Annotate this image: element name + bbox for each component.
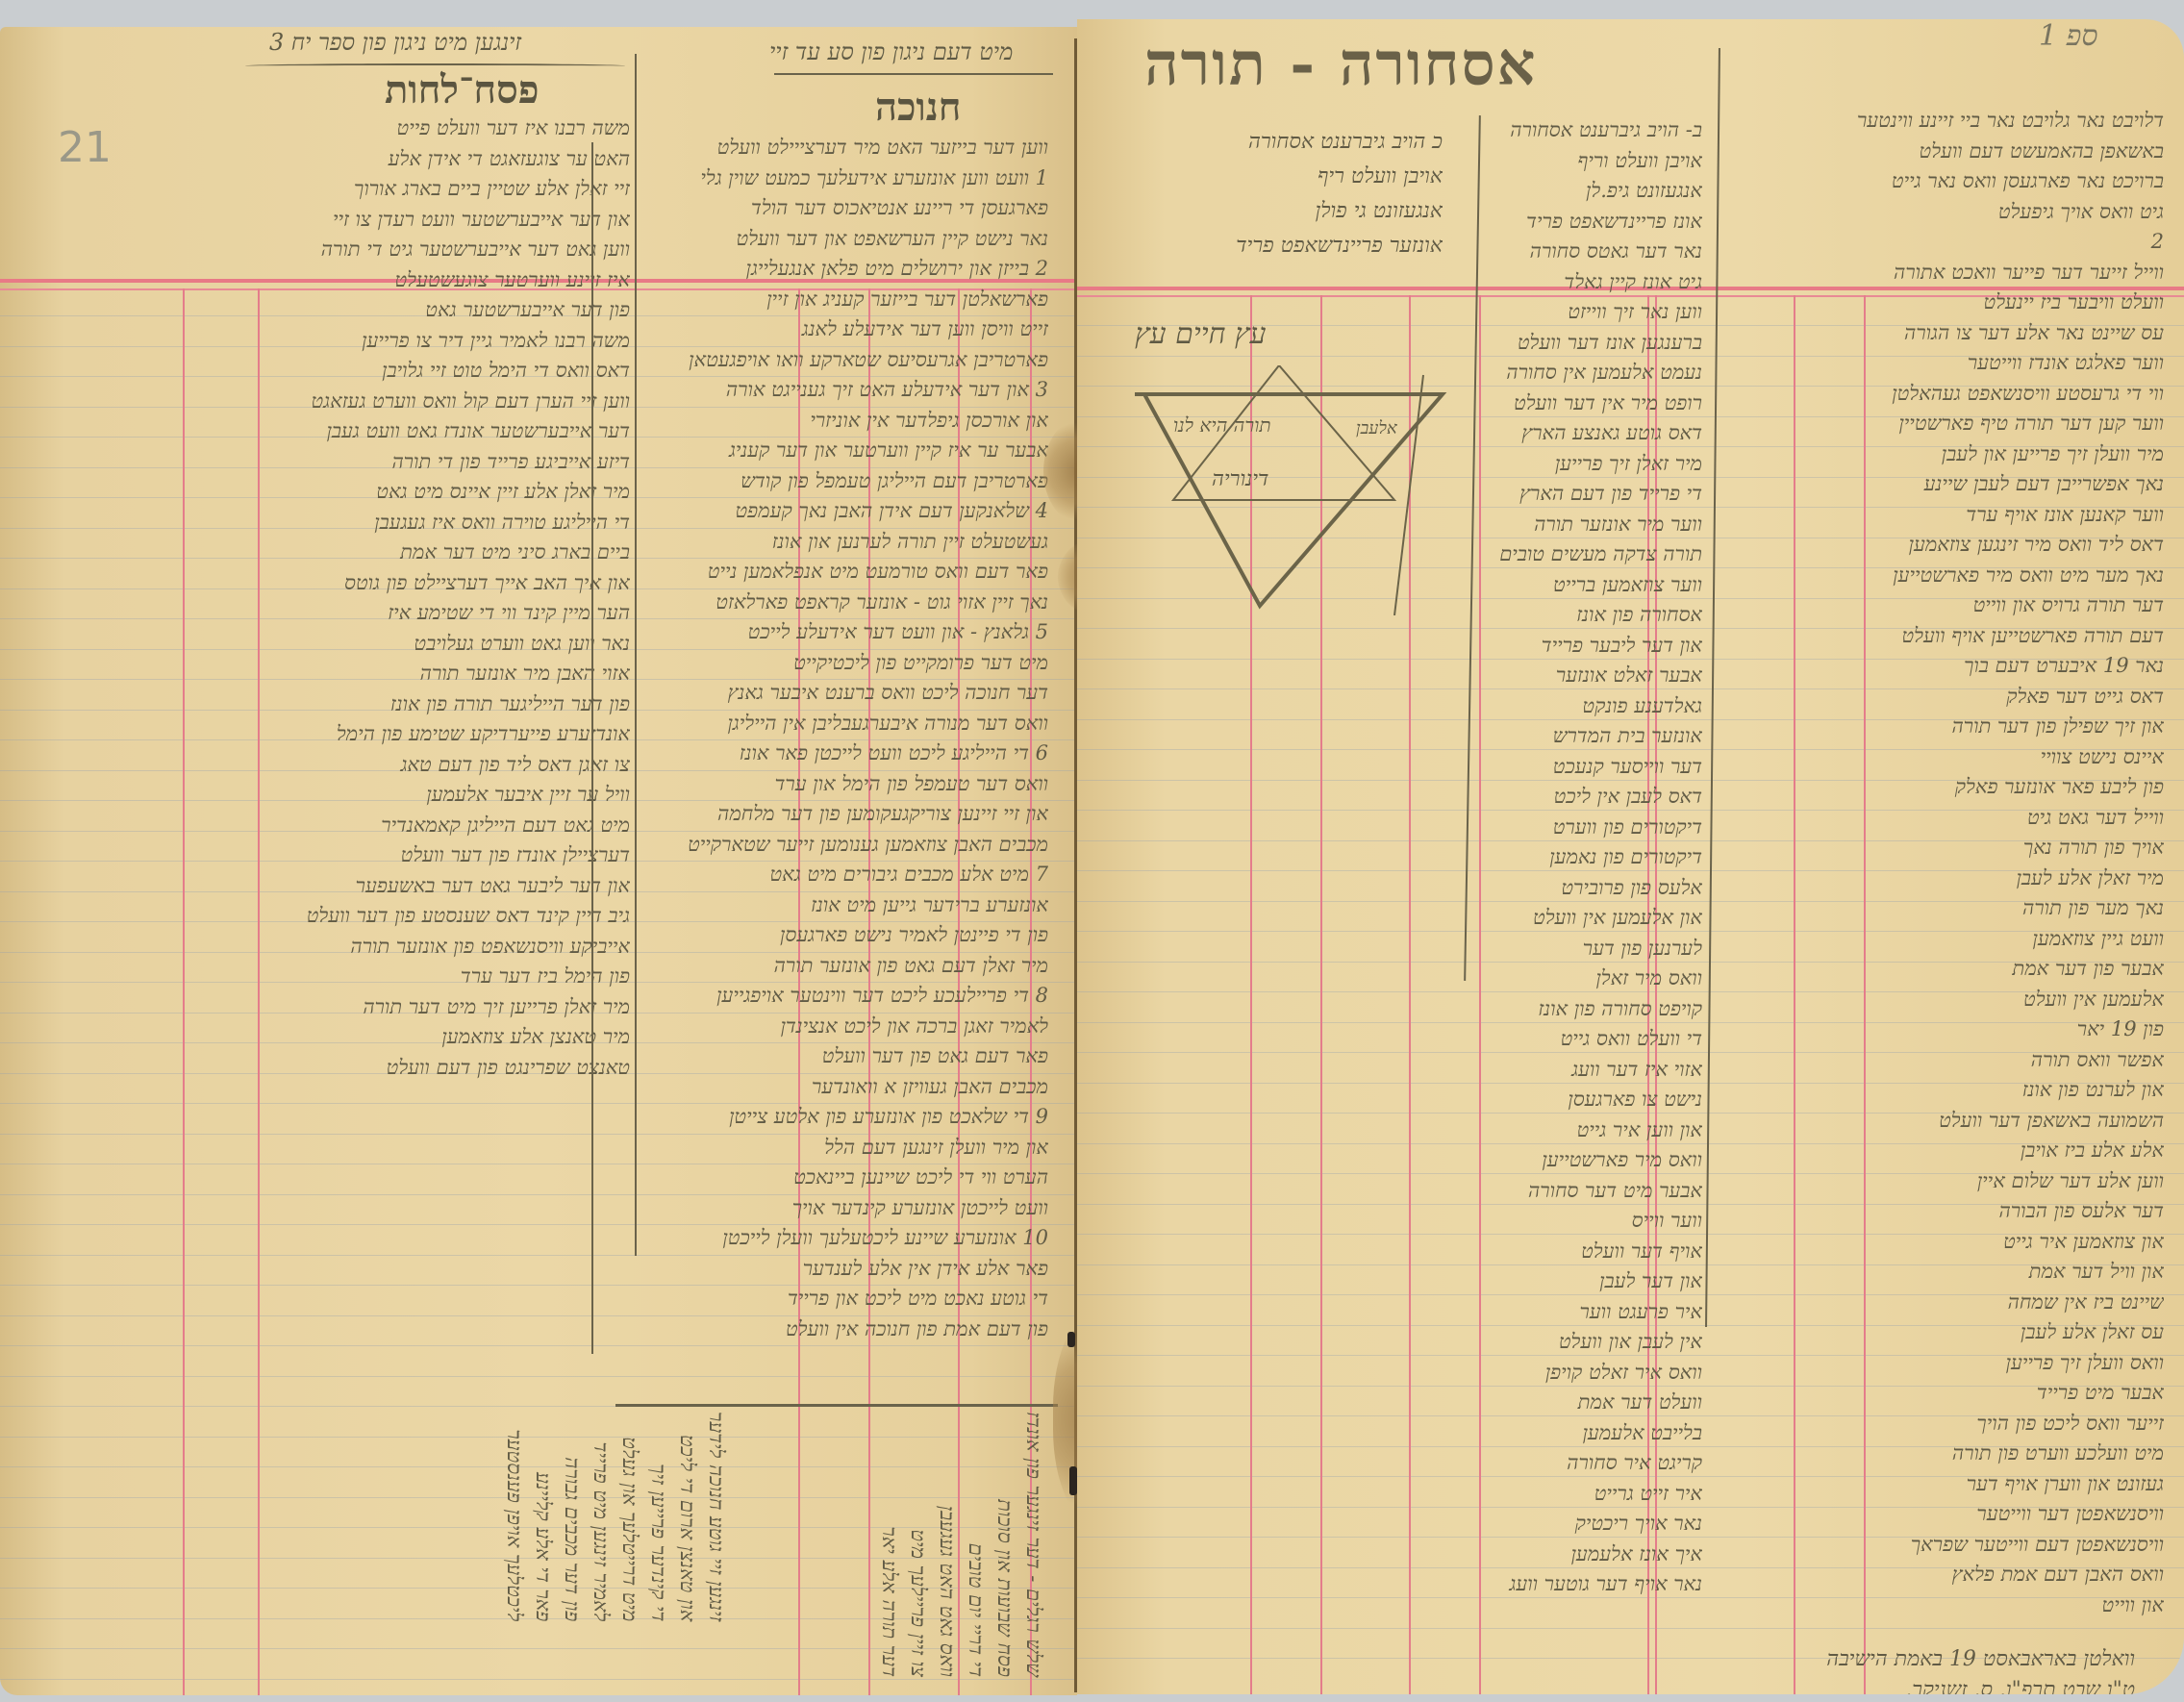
handwritten-line: משה רבנו איז דער וועלט פייט xyxy=(72,113,630,144)
handwritten-line: אבער פון דער אמת xyxy=(1693,954,2164,985)
rotated-line: צו זיין פריילעך מיט xyxy=(904,1412,933,1677)
handwritten-line: השמועה באשאפן דער וועלט xyxy=(1693,1106,2164,1137)
rotated-line: שלש רגלים - דער זינגער פון אונדז xyxy=(1019,1412,1048,1677)
handwritten-line: ווען זיי הערן דעם קול וואס ווערט געזאגט xyxy=(72,387,630,417)
handwritten-line: אנגעזונט גיפ.לן xyxy=(1366,176,1702,207)
handwritten-line: און ווייט xyxy=(1693,1590,2164,1621)
handwritten-line: און וויל דער אמת xyxy=(1693,1257,2164,1288)
handwritten-line: נעמט אלעמען אין סחורה xyxy=(1366,358,1702,388)
handwritten-line: נאר 19 איבערט דעם בוך xyxy=(1693,651,2164,682)
handwritten-line: אין לעבן און וועלט xyxy=(1366,1327,1702,1358)
handwritten-line: ווער מיר אונזער תורה xyxy=(1366,510,1702,540)
handwritten-line: מיר זאלן דעם גאט פון אונזער תורה xyxy=(615,951,1048,982)
handwritten-line: רופט מיר אין דער וועלט xyxy=(1366,388,1702,419)
handwritten-line: בלייבט אלעמען xyxy=(1366,1418,1702,1449)
handwritten-line: און מיר וועלן זינגען דעם הלל xyxy=(615,1133,1048,1164)
handwritten-line: אונזער בית המדרש xyxy=(1366,721,1702,752)
handwritten-line: 2 xyxy=(1693,227,2164,258)
signature-line: וואלטן באראבאסט 19 באמת הישיבה xyxy=(1712,1644,2135,1675)
handwritten-line: און דער ליבער גאט דער באשעפער xyxy=(72,871,630,902)
handwritten-line: מיט דער פרומקייט פון ליכטיקייט xyxy=(615,648,1048,679)
handwritten-line: וויסנשאפטן דעם ווייטער שפראך xyxy=(1693,1530,2164,1561)
handwritten-line: עס שיינט נאר אלע דער צו הגורה xyxy=(1693,318,2164,349)
handwritten-line: איז זיינע ווערטער צוגעשטעלט xyxy=(72,265,630,296)
section-top-note: מיט דעם ניגון פון סע עד זיי xyxy=(769,38,1013,66)
handwritten-line: קריגט איר סחורה xyxy=(1366,1448,1702,1479)
handwritten-line: וואס מיר פארשטייען xyxy=(1366,1145,1702,1176)
handwritten-line: 7 מיט אלע מכבים גיבורים מיט גאט xyxy=(615,860,1048,890)
handwritten-line: דאס ליד וואס מיר זינגען צוזאמען xyxy=(1693,530,2164,561)
handwritten-line: אבער ער איז קיין ווערטער און דער קעניג xyxy=(615,436,1048,466)
handwritten-line: זייט וויסן ווען דער אידעלע לאנג xyxy=(615,314,1048,345)
handwritten-line: באשאפן בהאמעשט דעם וועלט xyxy=(1693,137,2164,167)
handwritten-line: נאר ווען גאט ווערט געלויבט xyxy=(72,629,630,660)
handwritten-line: פארגעסן די ריינע אנטיאכוס דער הולד xyxy=(615,193,1048,224)
handwritten-line: עס זאלן אלע לעבן xyxy=(1693,1317,2164,1348)
handwritten-line: דערציילן אונדז פון דער וועלט xyxy=(72,840,630,871)
closing-signature: וואלטן באראבאסט 19 באמת הישיבהט"ו שבט תר… xyxy=(1712,1644,2135,1694)
rotated-line: מיט דרייטלעך און געלט xyxy=(615,1412,644,1621)
bottom-divider xyxy=(615,1404,1058,1407)
handwritten-line: און זיך שפילן פון דער תורה xyxy=(1693,712,2164,742)
handwritten-line: ב- הויב גיברענט אסחורה xyxy=(1366,115,1702,146)
handwritten-line: און זיי זיינען צוריקגעקומען פון דער מלחמ… xyxy=(615,799,1048,830)
rotated-line: דער תורה אלע יאר xyxy=(875,1412,904,1677)
handwritten-line: נאך מער פון תורה xyxy=(1693,893,2164,924)
right-page: ספ 1 אסחורה - תורה כ הויב גיברענט אסחורה… xyxy=(1077,19,2184,1694)
handwritten-line: דאס גוטע גאנצע הארץ xyxy=(1366,418,1702,449)
staple xyxy=(1069,1466,1077,1495)
handwritten-line: און אלעמען אין וועלט xyxy=(1366,903,1702,934)
handwritten-line: פאר דעם גאט פון דער וועלט xyxy=(615,1041,1048,1072)
handwritten-line: זייער וואס ליכט פון הויך xyxy=(1693,1409,2164,1439)
rotated-line: ליכטלעך אויפן פענסטער xyxy=(500,1412,529,1621)
handwritten-line: 8 די פריילעכע ליכט דער ווינטער אויפגייען xyxy=(615,981,1048,1012)
handwritten-line: אבער מיט פרייד xyxy=(1693,1378,2164,1409)
handwritten-line: תורה צדקה מעשים טובים xyxy=(1366,539,1702,570)
handwritten-line: מיר זאלן אלע לעבן xyxy=(1693,864,2164,894)
handwritten-line: 4 שלאנקען דעם אידן האבן נאך קעמפט xyxy=(615,496,1048,527)
handwritten-line: און איך האב אייך דערציילט פון גוטס xyxy=(72,568,630,599)
handwritten-line: 2 בייזן און ירושלים מיט פלאן אנגעלייגן xyxy=(615,254,1048,285)
handwritten-line: 10 אונזערע שיינע ליכטעלעך וועלן לייכטן xyxy=(615,1223,1048,1254)
top-note-underline xyxy=(774,73,1053,75)
handwritten-line: דיזע אייביגע פרייד פון די תורה xyxy=(72,447,630,478)
star-label-above: עץ חיים עץ xyxy=(1135,317,1267,351)
handwritten-line: ווייל זייער דער פייער וואכט אתורה xyxy=(1693,258,2164,288)
handwritten-line: נאר נישט קיין הערשאפט און דער וועלט xyxy=(615,224,1048,255)
middle-column-text: ב- הויב גיברענט אסחורהאויבן וועלט וריףאנ… xyxy=(1366,115,1702,1600)
handwritten-line: פון דעם אמת פון חנוכה אין וועלט xyxy=(615,1314,1048,1345)
handwritten-line: 1 וועט ווען אונזערע אידעלעך כמעט שוין גל… xyxy=(615,163,1048,194)
handwritten-line: מיר זאלן אלע זיין איינס מיט גאט xyxy=(72,477,630,508)
handwritten-line: דער חנוכה ליכט וואס ברענט איבער גאנץ xyxy=(615,678,1048,709)
rotated-line: וואס גאט האט געגעבן xyxy=(933,1412,962,1677)
handwritten-line: נאך זיין אזוי גוט - אונזער קראפט פארלאזט xyxy=(615,588,1048,618)
rotated-line: און טאנצן ארום די ליכט xyxy=(673,1412,702,1621)
handwritten-line: פון דער הייליגער תורה פון אונז xyxy=(72,689,630,720)
handwritten-line: ווייל דער גאט גיט xyxy=(1693,803,2164,834)
handwritten-line: דער ווייסער קנעכט xyxy=(1366,752,1702,783)
rotated-line: פאר די אלע קליינע xyxy=(529,1412,558,1621)
handwritten-line: 9 די שלאכט פון אונזערע פון אלטע צייטן xyxy=(615,1102,1048,1133)
handwritten-line: נאר אויף דער גוטער וועג xyxy=(1366,1569,1702,1600)
rotated-line: פסח שבועות און סוכות xyxy=(991,1412,1019,1677)
handwritten-line: אלעס פון פרובירט xyxy=(1366,873,1702,904)
handwritten-line: ווער צוזאמען ברייט xyxy=(1366,570,1702,601)
handwritten-line: פארטריבן דעם הייליגן טעמפל פון קודש xyxy=(615,466,1048,497)
ruled-line xyxy=(0,1679,1077,1680)
handwritten-line: אונז פריינדשאפט פריד xyxy=(1366,207,1702,238)
handwritten-line: וואס איר זאלט קויפן xyxy=(1366,1358,1702,1389)
rotated-line: די דריי יום טובים xyxy=(962,1412,991,1677)
handwritten-line: ווער ווייס xyxy=(1366,1206,1702,1237)
handwritten-line: אונדזערע פייערדיקע שטימע פון הימל xyxy=(72,719,630,750)
handwritten-line: וועט גיין צוזאמען xyxy=(1693,924,2164,955)
handwritten-line: וואס וועלן זיך פרייען xyxy=(1693,1348,2164,1379)
right-column-text: דלויבט נאר גלויבט נאר ביי זיינע ווינטערב… xyxy=(1693,106,2164,1620)
handwritten-line: ווי די גרעסטע וויסנשאפט געהאלטן xyxy=(1693,379,2164,410)
handwritten-line: מיר זאלן פרייען זיך מיט דער תורה xyxy=(72,992,630,1023)
handwritten-line: פארטריבן אגרעסיעס שטארקע וואו אויפגעטאן xyxy=(615,345,1048,376)
handwritten-line: איינס נישט צוויי xyxy=(1693,742,2164,773)
handwritten-line: און אורכסן גיפלדער אין אוניזרי xyxy=(615,406,1048,437)
handwritten-line: אלע אלע ביז אויבן xyxy=(1693,1136,2164,1166)
handwritten-line: און צוזאמען איר גייט xyxy=(1693,1227,2164,1258)
page-number: ספ 1 xyxy=(2039,19,2097,53)
handwritten-line: לערנען פון דער xyxy=(1366,934,1702,964)
handwritten-line: ווען דער בייזער האט מיר דערצייילט וועלט xyxy=(615,133,1048,163)
rotated-line: זינגען זיי גוטע חנוכה לידער xyxy=(702,1412,731,1621)
handwritten-line: און ווען איר גייט xyxy=(1366,1115,1702,1146)
handwritten-line: אייביקע וויסנשאפט פון אונזער תורה xyxy=(72,932,630,963)
signature-line: ט"ו שבט תרפ"ו. ס. זשניקר. xyxy=(1712,1675,2135,1695)
handwritten-line: מיר טאנצן אלע צוזאמען xyxy=(72,1022,630,1053)
rotated-line: לאמיר זינגען מיט פרייד xyxy=(587,1412,615,1621)
rotated-line: פון דער מכבים גבורה xyxy=(558,1412,587,1621)
handwritten-line: לאמיר זאגן ברכה און ליכט אנצינדן xyxy=(615,1012,1048,1042)
handwritten-line: וועט לייכטן אונזערע קינדער אויך xyxy=(615,1193,1048,1224)
handwritten-line: ווען גאט דער אייבערשטער גיט די תורה xyxy=(72,235,630,265)
handwritten-line: פאר אלע אידן אין אלע לענדער xyxy=(615,1254,1048,1285)
ruled-line xyxy=(0,1376,1077,1377)
handwritten-line: קויפט סחורה פון אונז xyxy=(1366,994,1702,1025)
handwritten-line: אבער מיט דער סחורה xyxy=(1366,1176,1702,1207)
handwritten-line: געשטעלט זיין תורה לערנען און אונז xyxy=(615,527,1048,558)
handwritten-line: הערט ווי די ליכט שיינען ביינאכט xyxy=(615,1163,1048,1193)
handwritten-line: וויל ער זיין איבער אלעמען xyxy=(72,780,630,811)
handwritten-line: מכבים האבן צוזאמען גענומען זייער שטארקיי… xyxy=(615,830,1048,861)
page-title: אסחורה - תורה xyxy=(1144,29,1537,100)
section-heading-chanukah: חנוכה xyxy=(875,85,961,130)
handwritten-line: האט ער צוגעזאגט די אידן אלע xyxy=(72,144,630,175)
pesach-text-block: משה רבנו איז דער וועלט פייטהאט ער צוגעזא… xyxy=(72,113,630,1083)
handwritten-line: טאנצט שפרינגט פון דעם וועלט xyxy=(72,1053,630,1084)
handwritten-line: דיקטורים פון נאמען xyxy=(1366,842,1702,873)
handwritten-line: פון הימל ביז דער ערד xyxy=(72,962,630,992)
handwritten-line: ווען נאר זיך ווייזט xyxy=(1366,297,1702,328)
handwritten-line: משה רבנו לאמיר גיין דיר צו פרייען xyxy=(72,326,630,357)
handwritten-line: די גוטע נאכט מיט ליכט און פרייד xyxy=(615,1284,1048,1314)
handwritten-line: דער אלעס פון הבורה xyxy=(1693,1196,2164,1227)
handwritten-line: שיינט ביז אין שמחה xyxy=(1693,1288,2164,1318)
handwritten-line: און לערנט פון אונז xyxy=(1693,1075,2164,1106)
handwritten-line: זיי זאלן אלע שטיין ביים בארג אורוך xyxy=(72,174,630,205)
handwritten-line: מיט גאט דעם הייליגן קאמאנדיר xyxy=(72,811,630,841)
handwritten-line: גיט אונז קיין גאלד xyxy=(1366,267,1702,298)
chanukah-text-block: ווען דער בייזער האט מיר דערצייילט וועלט1… xyxy=(615,133,1048,1344)
handwritten-line: נאך אפשרייבן דעם לעבן שיינע xyxy=(1693,469,2164,500)
handwritten-line: נאר דער גאטס סחורה xyxy=(1366,237,1702,267)
handwritten-line: וועלט דער אמת xyxy=(1366,1388,1702,1418)
handwritten-line: ווער קאנען אונז אויף ערד xyxy=(1693,500,2164,531)
handwritten-line: אלעמען אין וועלט xyxy=(1693,985,2164,1015)
handwritten-line: גיט וואס אויך גיפעלט xyxy=(1693,197,2164,228)
handwritten-line: דיקטורים פון ווערט xyxy=(1366,813,1702,843)
handwritten-line: דער תורה גרויס און ווייט xyxy=(1693,590,2164,621)
section-top-note: זינגען מיט ניגון פון ספר יח 3 xyxy=(269,29,521,57)
handwritten-line: פון 19 יאר xyxy=(1693,1014,2164,1045)
handwritten-line: ביים בארג סיני מיט דער אמת xyxy=(72,538,630,568)
handwritten-line: 3 און דער אידעלע האט זיך גענייגט אורה xyxy=(615,375,1048,406)
handwritten-line: 6 די הייליגע ליכט וועט לייכטן פאר אונז xyxy=(615,738,1048,769)
handwritten-line: אפשר וואס תורה xyxy=(1693,1045,2164,1076)
star-label-top: תורה היא לנו xyxy=(1173,413,1271,438)
handwritten-line: פון די פיינטן לאמיר נישט פארגעסן xyxy=(615,920,1048,951)
handwritten-line: דלויבט נאר גלויבט נאר ביי זיינע ווינטער xyxy=(1693,106,2164,137)
handwritten-line: אויך פון תורה נאך xyxy=(1693,833,2164,864)
handwritten-line: דאס גייט דער פאלק xyxy=(1693,682,2164,713)
handwritten-line: וויסנשאפטן דער ווייטער xyxy=(1693,1499,2164,1530)
rotated-notes-right: שלש רגלים - דער זינגער פון אונדזפסח שבוע… xyxy=(875,1412,1048,1677)
handwritten-line: דאס לעבן אין ליכט xyxy=(1366,782,1702,813)
ruled-line xyxy=(1077,1628,2184,1629)
handwritten-line: אסחורה פון אונז xyxy=(1366,600,1702,631)
handwritten-line: נאר אויך ריכטיק xyxy=(1366,1509,1702,1539)
handwritten-line: וואס האבן דעם אמת פלאץ xyxy=(1693,1560,2164,1590)
handwritten-line: אונזערע ברידער גייען מיט אונז xyxy=(615,890,1048,921)
left-page: 21 זינגען מיט ניגון פון ספר יח 3 פסח־לחו… xyxy=(0,27,1077,1695)
handwritten-line: גיב דיין קינד דאס שענסטע פון דער וועלט xyxy=(72,901,630,932)
handwritten-line: הער מיין קינד ווי די שטימע איז xyxy=(72,598,630,629)
staple xyxy=(1067,1332,1075,1347)
handwritten-line: מיר זאלן זיך פרייען xyxy=(1366,449,1702,480)
handwritten-line: וואס מיר זאלן xyxy=(1366,964,1702,994)
handwritten-line: דעם תורה פארשטייען אויף וועלט xyxy=(1693,621,2164,652)
handwritten-line: געזונט און ווערן אויף דער xyxy=(1693,1469,2164,1500)
handwritten-line: ברויכט נאר פארגעסן וואס נאר גייט xyxy=(1693,166,2164,197)
handwritten-line: אויבן וועלט וריף xyxy=(1366,146,1702,177)
star-label-middle: דינוריה xyxy=(1212,466,1268,491)
handwritten-line: און דער לעבן xyxy=(1366,1266,1702,1297)
handwritten-line: וועלט וויבער ביז יינעלט xyxy=(1693,288,2164,318)
handwritten-line: פון דער אייבערשטער גאט xyxy=(72,295,630,326)
handwritten-line: איך אונז אלעמען xyxy=(1366,1539,1702,1570)
handwritten-line: און דער ליבער פרייד xyxy=(1366,631,1702,662)
handwritten-line: איר זייט גרייט xyxy=(1366,1479,1702,1510)
handwritten-line: אויף דער וועלט xyxy=(1366,1237,1702,1267)
handwritten-line: דאס וואס די הימל טוט זיי גלויבן xyxy=(72,356,630,387)
handwritten-line: די הייליגע טוירה וואס איז געגעבן xyxy=(72,508,630,538)
notebook-spread: 21 זינגען מיט ניגון פון ספר יח 3 פסח־לחו… xyxy=(0,0,2184,1702)
handwritten-line: איר פרעגט ווער xyxy=(1366,1297,1702,1328)
handwritten-line: די וועלט וואס גייט xyxy=(1366,1024,1702,1055)
handwritten-line: ווען אלע דער שלום איין xyxy=(1693,1166,2164,1197)
rotated-notes-left: זינגען זיי גוטע חנוכה לידעראון טאנצן ארו… xyxy=(500,1412,731,1621)
handwritten-line: דער אייבערשטער אונדז גאט וועט געבן xyxy=(72,416,630,447)
handwritten-line: מיט וועלכע ווערט פון תורה xyxy=(1693,1439,2164,1469)
handwritten-line: מכבים האבן געוויזן א וואונדער xyxy=(615,1072,1048,1103)
handwritten-line: פון ליבע פאר אונזער פאלק xyxy=(1693,772,2164,803)
handwritten-line: נאך מער מיט וואס מיר פארשטייען xyxy=(1693,561,2164,591)
handwritten-line: און דער אייבערשטער וועט רעדן צו זיי xyxy=(72,205,630,236)
handwritten-line: נישט צו פארגעסן xyxy=(1366,1085,1702,1115)
handwritten-line: פארשאלטן דער בייזער קעניג און זיין xyxy=(615,285,1048,315)
section-heading-pesach: פסח־לחות xyxy=(385,67,540,113)
handwritten-line: די פרייד פון דעם הארץ xyxy=(1366,479,1702,510)
handwritten-line: ברענגען אונז דער וועלט xyxy=(1366,328,1702,359)
handwritten-line: אזוי איז דער וועג xyxy=(1366,1055,1702,1086)
handwritten-line: מיר וועלן זיך פרייען און לעבן xyxy=(1693,439,2164,470)
handwritten-line: גאלדענע פונקט xyxy=(1366,691,1702,722)
handwritten-line: אזוי האבן מיר אונזער תורה xyxy=(72,659,630,689)
handwritten-line: 5 גלאנץ - און וועט דער אידעלע לייכט xyxy=(615,617,1048,648)
handwritten-line: וואס דער טעמפל פון הימל און ערד xyxy=(615,769,1048,800)
handwritten-line: אבער זאלט אונזער xyxy=(1366,661,1702,691)
handwritten-line: פאר דעם וואס טורמעט מיט אנפלאמען נייט xyxy=(615,557,1048,588)
handwritten-line: ווער פאלגט אונדז ווייטער xyxy=(1693,348,2164,379)
handwritten-line: צו זאגן דאס ליד פון דעם טאג xyxy=(72,750,630,781)
handwritten-line: ווער קען דער תורה טיף פארשטיין xyxy=(1693,409,2164,439)
handwritten-line: וואס דער מנורה איבערגעבליבן אין הייליגן xyxy=(615,709,1048,739)
rotated-line: די קינדער פרייען זיך xyxy=(644,1412,673,1621)
